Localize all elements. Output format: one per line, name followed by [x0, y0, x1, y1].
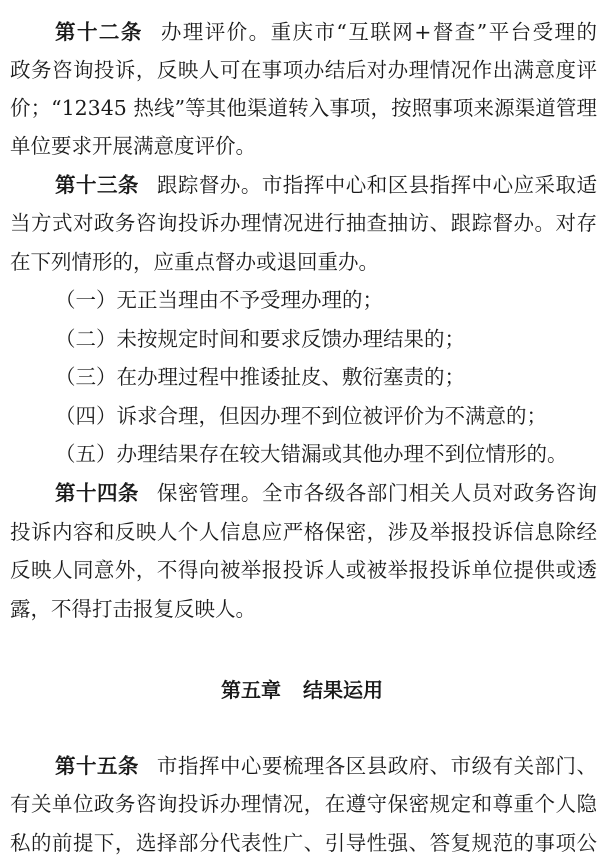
- list-item: （二）未按规定时间和要求反馈办理结果的；: [55, 324, 597, 354]
- article-15-line-3: 私的前提下，选择部分代表性广、引导性强、答复规范的事项公: [10, 828, 597, 858]
- article-label: 第十二条: [55, 20, 143, 44]
- article-14-line-4: 露，不得打击报复反映人。: [10, 594, 597, 624]
- chapter-heading: 第五章结果运用: [0, 675, 604, 705]
- article-13-line-3: 在下列情形的，应重点督办或退回重办。: [10, 247, 597, 277]
- article-13-line-2: 当方式对政务咨询投诉办理情况进行抽查抽访、跟踪督办。对存: [10, 208, 597, 238]
- list-item: （三）在办理过程中推诿扯皮、敷衍塞责的；: [55, 362, 597, 392]
- article-14-line-2: 投诉内容和反映人个人信息应严格保密，涉及举报投诉信息除经: [10, 517, 597, 547]
- article-label: 第十五条: [55, 754, 139, 778]
- article-13-line-1: 第十三条跟踪督办。市指挥中心和区县指挥中心应采取适: [55, 170, 597, 200]
- article-12-line-1: 第十二条办理评价。重庆市“互联网+督查”平台受理的: [55, 17, 597, 47]
- article-12-line-4: 单位要求开展满意度评价。: [10, 131, 597, 161]
- chapter-title: 结果运用: [303, 678, 383, 702]
- article-14-line-1: 第十四条保密管理。全市各级各部门相关人员对政务咨询: [55, 478, 597, 508]
- article-12-line-2: 政务咨询投诉，反映人可在事项办结后对办理情况作出满意度评: [10, 55, 597, 85]
- list-item: （五）办理结果存在较大错漏或其他办理不到位情形的。: [55, 439, 597, 469]
- article-label: 第十四条: [55, 481, 139, 505]
- article-label: 第十三条: [55, 173, 139, 197]
- list-item: （四）诉求合理，但因办理不到位被评价为不满意的；: [55, 401, 597, 431]
- article-12-line-3: 价；“12345 热线”等其他渠道转入事项，按照事项来源渠道管理: [10, 93, 597, 123]
- article-15-line-1: 第十五条市指挥中心要梳理各区县政府、市级有关部门、: [55, 751, 597, 781]
- chapter-number: 第五章: [221, 678, 281, 702]
- article-14-line-3: 反映人同意外，不得向被举报投诉人或被举报投诉单位提供或透: [10, 555, 597, 585]
- article-15-line-2: 有关单位政务咨询投诉办理情况，在遵守保密规定和尊重个人隐: [10, 789, 597, 819]
- list-item: （一）无正当理由不予受理办理的；: [55, 285, 597, 315]
